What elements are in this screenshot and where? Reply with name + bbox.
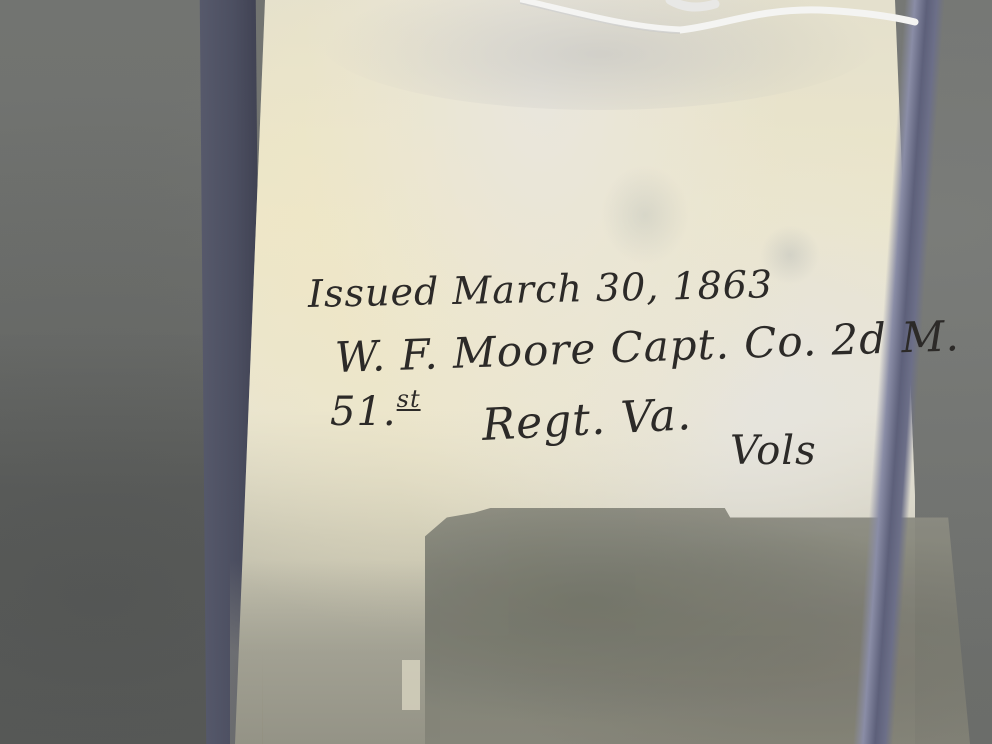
regiment-number-text: 51. bbox=[330, 389, 397, 435]
regiment-number: 51.st bbox=[330, 385, 421, 435]
ordinal-suffix: st bbox=[397, 385, 421, 413]
paper-highlight bbox=[402, 660, 420, 710]
tied-thread bbox=[520, 0, 920, 40]
faint-portrait-vignette bbox=[600, 165, 690, 265]
underlying-document-shadow bbox=[230, 560, 440, 744]
volunteers-abbrev: Vols bbox=[730, 428, 817, 474]
